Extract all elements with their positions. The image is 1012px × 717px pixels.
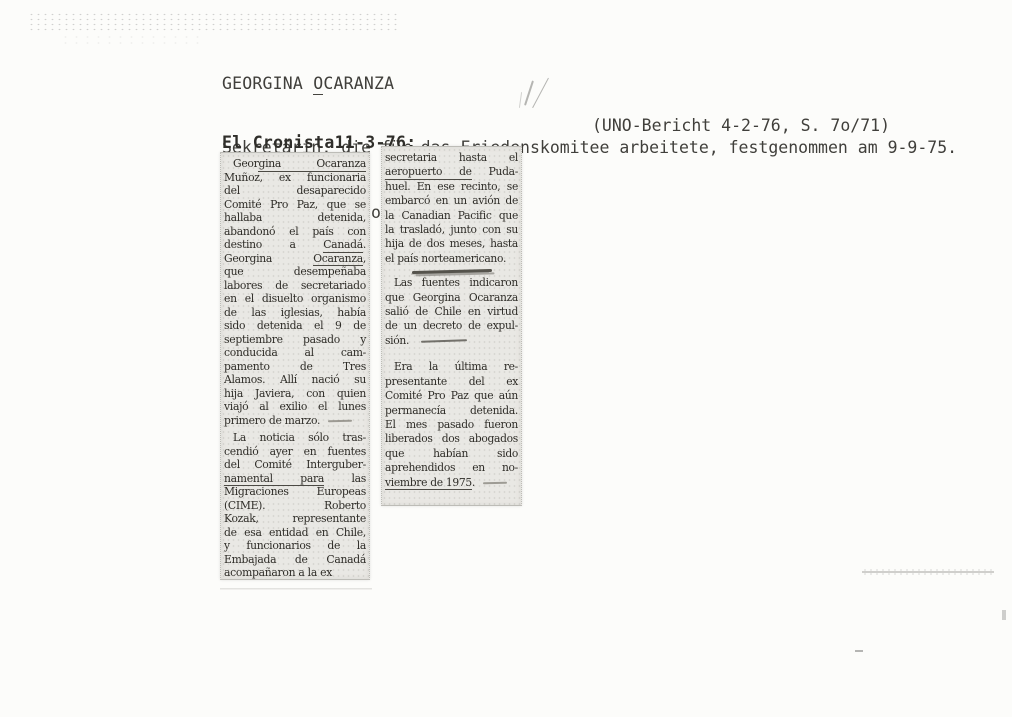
clipping-line: salió de Chile en virtud (385, 305, 518, 319)
clipping-line: hija Javiera, con quien (224, 387, 366, 401)
clipping-line: (CIME). Roberto (224, 499, 366, 513)
scan-noise-top (28, 12, 398, 32)
clipping-line: Comité Pro Paz, que se (224, 198, 366, 212)
pen-mark-scribble (412, 269, 492, 274)
clipping-line: viajó al exilio el lunes (224, 400, 366, 414)
clipping-line: del desaparecido (224, 184, 366, 198)
clipping-line: Alamos. Allí nació su (224, 373, 366, 387)
clipping-line: liberados dos abogados (385, 432, 518, 446)
clipping-line: namental para las (224, 472, 366, 486)
clipping-line: Kozak, representante (224, 512, 366, 526)
clipping-line: que Georgina Ocaranza (385, 291, 518, 305)
pen-mark-dash (421, 339, 467, 343)
clipping-line: acompañaron a la ex (224, 566, 366, 580)
clipping-line: que desempeñaba (224, 265, 366, 279)
uno-report-reference: (UNO-Bericht 4-2-76, S. 7o/71) (592, 116, 890, 135)
document-title: GEORGINA OCARANZA (222, 74, 394, 93)
clipping-line: viembre de 1975. (385, 476, 518, 490)
clipping-line: en el disuelto organismo (224, 292, 366, 306)
clipping-line: permanecía detenida. (385, 404, 518, 418)
clipping-line: labores de secretariado (224, 279, 366, 293)
clipping-line: embarcó en un avión de (385, 194, 518, 208)
clipping-line: presentante del ex (385, 375, 518, 389)
clipping-left-column: Georgina OcaranzaMuñoz, ex funcionariade… (220, 152, 370, 580)
clipping-line: la Canadian Pacific que (385, 209, 518, 223)
clipping-line: cendió ayer en fuentes (224, 445, 366, 459)
clipping-line: aeropuerto de Puda- (385, 165, 518, 179)
clipping-line: primero de marzo. (224, 414, 366, 428)
clipping-line: hija de dos meses, hasta (385, 237, 518, 251)
clipping-line: Muñoz, ex funcionaria (224, 171, 366, 185)
pen-mark-dash-small (328, 419, 352, 421)
clipping-line: Migraciones Europeas (224, 485, 366, 499)
clipping-line: conducida al cam- (224, 346, 366, 360)
clipping-line: sido detenida el 9 de (224, 319, 366, 333)
clipping-line: pamento de Tres (224, 360, 366, 374)
clipping-line: La noticia sólo tras- (224, 431, 366, 445)
scan-noise-top-2 (60, 34, 200, 44)
scan-smudge-bottom (220, 586, 372, 592)
pen-mark-dash-small (483, 482, 507, 484)
scan-tick-mark (855, 650, 863, 652)
clipping-line: secretaria hasta el (385, 151, 518, 165)
clipping-line: aprehendidos en no- (385, 461, 518, 475)
clipping-line: Georgina Ocaranza, (224, 252, 366, 266)
document-title-post: CARANZA (323, 74, 394, 93)
clipping-line: Embajada de Canadá (224, 553, 366, 567)
clipping-line: sión. (385, 334, 518, 348)
clipping-line: el país norteamericano. (385, 252, 518, 266)
clipping-line: huel. En ese recinto, se (385, 180, 518, 194)
clipping-line: de esa entidad en Chile, (224, 526, 366, 540)
scan-smudge-right (862, 568, 994, 577)
clipping-line: abandonó el país con (224, 225, 366, 239)
scan-tick-mark (1002, 610, 1006, 620)
clipping-line: El mes pasado fueron (385, 418, 518, 432)
clipping-line: Las fuentes indicaron (385, 276, 518, 290)
clipping-right-column: secretaria hasta elaeropuerto de Puda-hu… (381, 146, 522, 506)
clipping-line: de las iglesias, había (224, 306, 366, 320)
clipping-line: que habían sido (385, 447, 518, 461)
document-title-underlined-letter: O (313, 74, 323, 95)
clipping-line: Era la última re- (385, 360, 518, 374)
clipping-line: del Comité Interguber- (224, 458, 366, 472)
clipping-line: de un decreto de expul- (385, 319, 518, 333)
clipping-line: y funcionarios de la (224, 539, 366, 553)
document-title-pre: GEORGINA (222, 74, 313, 93)
scanned-document-page: GEORGINA OCARANZA Sekretärin, die für da… (0, 0, 1012, 717)
clipping-line: Comité Pro Paz que aún (385, 389, 518, 403)
clipping-line: la trasladó, junto con su (385, 223, 518, 237)
clipping-line: septiembre pasado y (224, 333, 366, 347)
clipping-line (385, 270, 518, 273)
clipping-line: destino a Canadá. (224, 238, 366, 252)
clipping-line: hallaba detenida, (224, 211, 366, 225)
clipping-line: Georgina Ocaranza (224, 157, 366, 171)
